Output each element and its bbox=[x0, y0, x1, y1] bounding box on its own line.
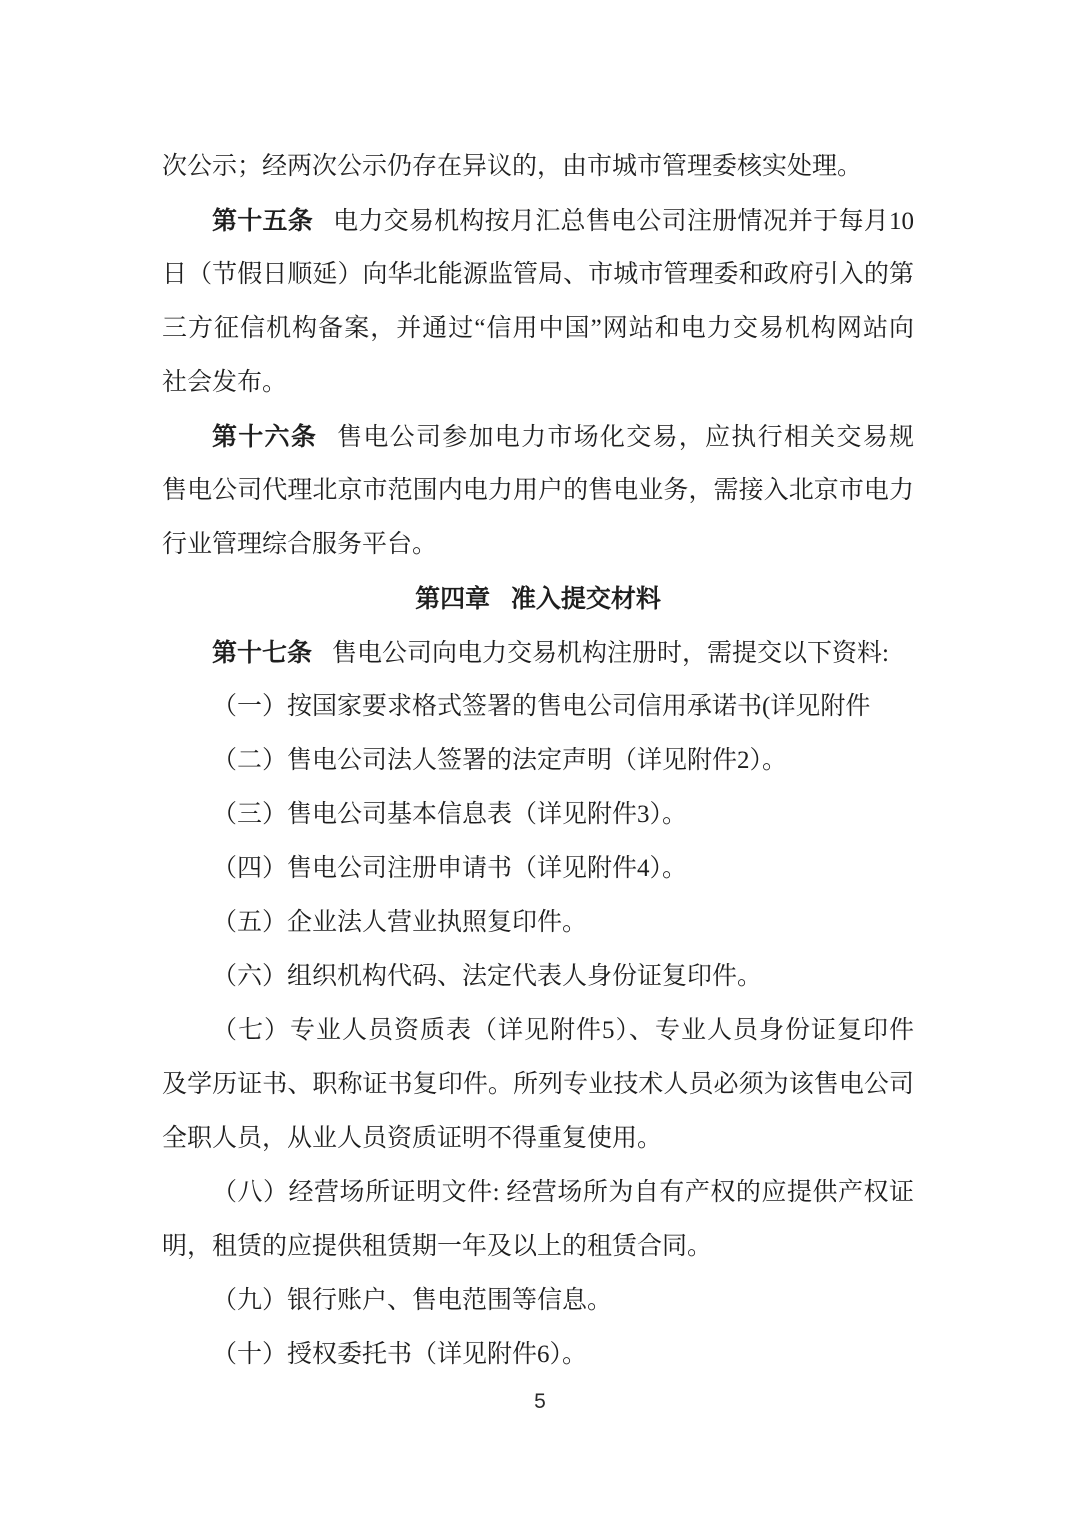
bold-label-text: 第四章 准入提交材料 bbox=[415, 585, 661, 613]
body-text: 电力交易机构按月汇总售电公司注册情况并于每月10 bbox=[333, 208, 914, 235]
body-text: （六）组织机构代码、法定代表人身份证复印件。 bbox=[212, 963, 762, 990]
body-text: （十）授权委托书（详见附件6）。 bbox=[212, 1341, 587, 1368]
paragraph-line: 及学历证书、职称证书复印件。所列专业技术人员必须为该售电公司 bbox=[162, 1058, 914, 1112]
body-text: （一）按国家要求格式签署的售电公司信用承诺书(详见附件1)。 bbox=[162, 693, 870, 734]
list-item-10: （十）授权委托书（详见附件6）。 bbox=[162, 1328, 914, 1382]
body-text: （四）售电公司注册申请书（详见附件4）。 bbox=[212, 855, 687, 882]
body-text: 日（节假日顺延）向华北能源监管局、市城市管理委和政府引入的第 bbox=[162, 261, 914, 288]
bold-label-text: 第十五条 bbox=[212, 207, 313, 235]
list-item-6: （六）组织机构代码、法定代表人身份证复印件。 bbox=[162, 950, 914, 1004]
paragraph-line: 明，租赁的应提供租赁期一年及以上的租赁合同。 bbox=[162, 1220, 914, 1274]
bold-label-text: 第十七条 bbox=[212, 639, 312, 667]
list-item-1: （一）按国家要求格式签署的售电公司信用承诺书(详见附件1)。 bbox=[162, 680, 914, 734]
list-item-5: （五）企业法人营业执照复印件。 bbox=[162, 896, 914, 950]
document-page: 次公示；经两次公示仍存在异议的，由市城市管理委核实处理。第十五条电力交易机构按月… bbox=[0, 0, 1080, 1526]
body-text: （二）售电公司法人签署的法定声明（详见附件2）。 bbox=[212, 747, 787, 774]
page-number: 5 bbox=[0, 1386, 1080, 1418]
body-text: 社会发布。 bbox=[162, 369, 287, 396]
body-text: 及学历证书、职称证书复印件。所列专业技术人员必须为该售电公司 bbox=[162, 1071, 914, 1098]
paragraph-line: 三方征信机构备案，并通过“信用中国”网站和电力交易机构网站向 bbox=[162, 302, 914, 356]
bold-label-text: 第十六条 bbox=[212, 423, 317, 451]
paragraph-line: 行业管理综合服务平台。 bbox=[162, 518, 914, 572]
list-item-2: （二）售电公司法人签署的法定声明（详见附件2）。 bbox=[162, 734, 914, 788]
paragraph-line: 全职人员，从业人员资质证明不得重复使用。 bbox=[162, 1112, 914, 1166]
list-item-4: （四）售电公司注册申请书（详见附件4）。 bbox=[162, 842, 914, 896]
body-text: 行业管理综合服务平台。 bbox=[162, 531, 437, 558]
list-item-9: （九）银行账户、售电范围等信息。 bbox=[162, 1274, 914, 1328]
body-text: （九）银行账户、售电范围等信息。 bbox=[212, 1287, 612, 1314]
body-text: 售电公司代理北京市范围内电力用户的售电业务，需接入北京市电力 bbox=[162, 477, 914, 504]
paragraph-line: 售电公司代理北京市范围内电力用户的售电业务，需接入北京市电力 bbox=[162, 464, 914, 518]
body-text: 全职人员，从业人员资质证明不得重复使用。 bbox=[162, 1125, 662, 1152]
list-item-8: （八）经营场所证明文件: 经营场所为自有产权的应提供产权证 bbox=[162, 1166, 914, 1220]
body-text: （五）企业法人营业执照复印件。 bbox=[212, 909, 587, 936]
body-text: 售电公司向电力交易机构注册时，需提交以下资料: bbox=[332, 640, 889, 667]
body-text: （八）经营场所证明文件: 经营场所为自有产权的应提供产权证 bbox=[212, 1179, 914, 1206]
article-15-first-line: 第十五条电力交易机构按月汇总售电公司注册情况并于每月10 bbox=[162, 194, 914, 248]
article-17-first-line: 第十七条售电公司向电力交易机构注册时，需提交以下资料: bbox=[162, 626, 914, 680]
article-16-first-line: 第十六条售电公司参加电力市场化交易，应执行相关交易规则。 bbox=[162, 410, 914, 464]
paragraph-line: 次公示；经两次公示仍存在异议的，由市城市管理委核实处理。 bbox=[162, 140, 914, 194]
body-text: （七）专业人员资质表（详见附件5）、专业人员身份证复印件 bbox=[212, 1017, 914, 1044]
chapter-heading: 第四章 准入提交材料 bbox=[162, 572, 914, 626]
list-item-3: （三）售电公司基本信息表（详见附件3）。 bbox=[162, 788, 914, 842]
list-item-7: （七）专业人员资质表（详见附件5）、专业人员身份证复印件 bbox=[162, 1004, 914, 1058]
document-content: 次公示；经两次公示仍存在异议的，由市城市管理委核实处理。第十五条电力交易机构按月… bbox=[162, 140, 914, 1382]
body-text: （三）售电公司基本信息表（详见附件3）。 bbox=[212, 801, 687, 828]
body-text: 次公示；经两次公示仍存在异议的，由市城市管理委核实处理。 bbox=[162, 153, 862, 180]
body-text: 明，租赁的应提供租赁期一年及以上的租赁合同。 bbox=[162, 1233, 712, 1260]
paragraph-line: 社会发布。 bbox=[162, 356, 914, 410]
paragraph-line: 日（节假日顺延）向华北能源监管局、市城市管理委和政府引入的第 bbox=[162, 248, 914, 302]
body-text: 三方征信机构备案，并通过“信用中国”网站和电力交易机构网站向 bbox=[162, 315, 914, 342]
